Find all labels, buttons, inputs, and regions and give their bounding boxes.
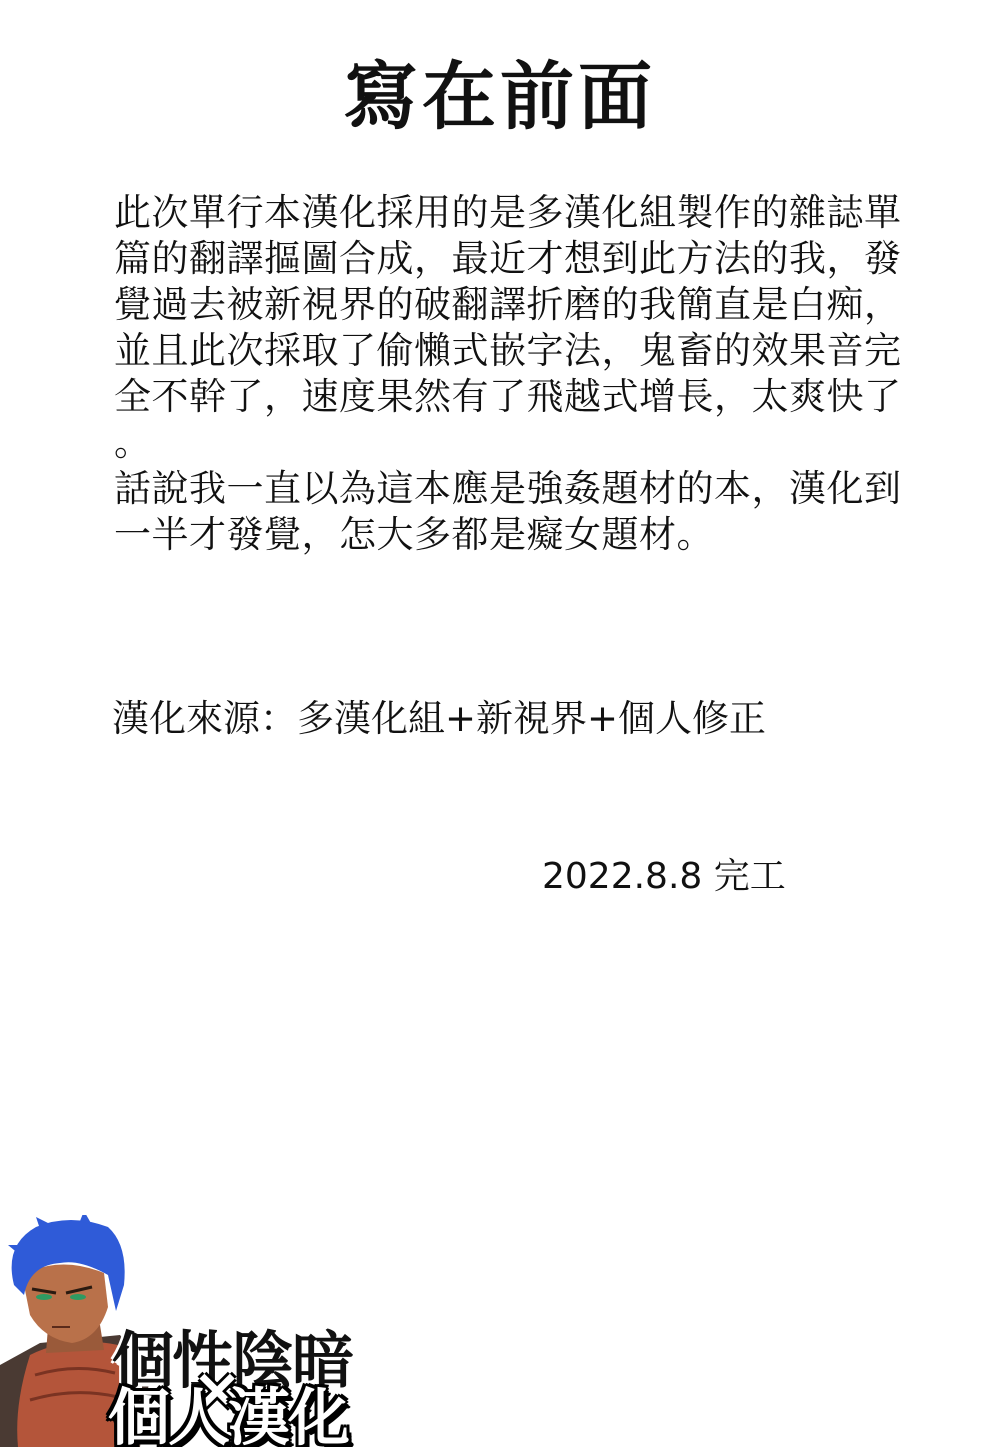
group-logo: 個性陰暗 × 個人漢化 — [0, 1215, 345, 1447]
body-line: 全不幹了，速度果然有了飛越式增長，太爽快了 — [114, 374, 934, 420]
body-line: 。 — [114, 420, 934, 466]
body-line: 話說我一直以為這本應是強姦題材的本，漢化到 — [114, 466, 934, 512]
body-line: 此次單行本漢化採用的是多漢化組製作的雜誌單 — [114, 190, 934, 236]
body-line: 一半才發覺，怎大多都是癡女題材。 — [114, 512, 934, 558]
logo-line-2: 個人漢化 — [108, 1385, 348, 1447]
page-title: 寫在前面 — [0, 52, 1000, 142]
body-line: 並且此次採取了偷懶式嵌字法，鬼畜的效果音完 — [114, 328, 934, 374]
body-line: 覺過去被新視界的破翻譯折磨的我簡直是白痴， — [114, 282, 934, 328]
body-line: 篇的翻譯摳圖合成，最近才想到此方法的我，發 — [114, 236, 934, 282]
translation-source: 漢化來源：多漢化組+新視界+個人修正 — [112, 696, 766, 742]
body-paragraph: 此次單行本漢化採用的是多漢化組製作的雜誌單 篇的翻譯摳圖合成，最近才想到此方法的… — [114, 190, 934, 558]
completion-date: 2022.8.8 完工 — [542, 854, 786, 900]
